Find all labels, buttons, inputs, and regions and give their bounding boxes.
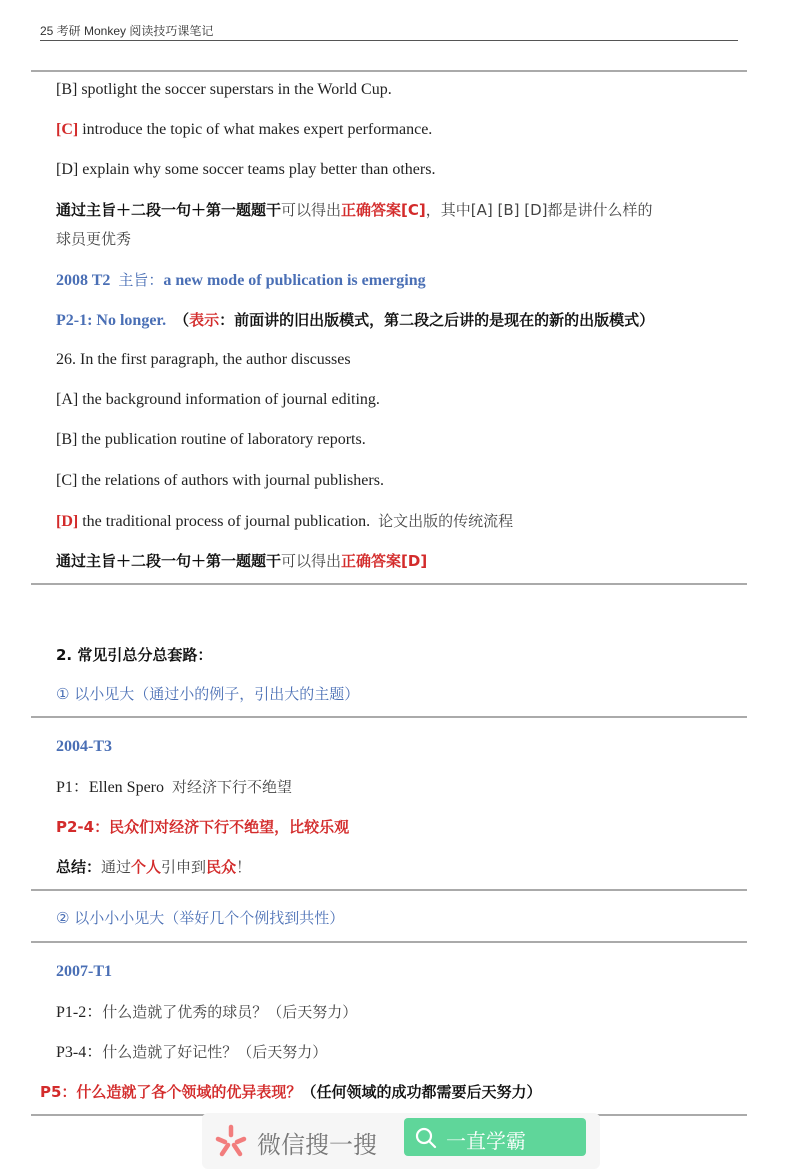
p1-line: P1：Ellen Spero 对经济下行不绝望 (56, 777, 292, 798)
divider (31, 70, 747, 72)
divider (31, 583, 747, 585)
search-account-button[interactable]: 一直学霸 (404, 1118, 586, 1156)
wechat-search-banner[interactable]: 微信搜一搜 一直学霸 (202, 1113, 600, 1169)
p1-2-line: P1-2：什么造就了优秀的球员？（后天努力） (56, 1002, 357, 1023)
wechat-search-label: 微信搜一搜 (257, 1125, 377, 1160)
header-title: 25 考研 Monkey 阅读技巧课笔记 (40, 22, 213, 39)
option-b: [B] spotlight the soccer superstars in t… (56, 80, 392, 100)
option-d: [D] explain why some soccer teams play b… (56, 160, 435, 180)
wechat-search-logo-icon (214, 1123, 248, 1157)
conclusion-line: 通过主旨＋二段一句＋第一题题干可以得出正确答案[D] (56, 551, 427, 571)
search-icon (414, 1126, 438, 1150)
subheading-2: ② 以小小小见大（举好几个个例找到共性） (56, 908, 344, 928)
p2-4-line: P2-4：民众们对经济下行不绝望，比较乐观 (56, 817, 349, 837)
search-account-label: 一直学霸 (446, 1125, 526, 1154)
question-26: 26. In the first paragraph, the author d… (56, 350, 351, 370)
page-header: 25 考研 Monkey 阅读技巧课笔记 (40, 20, 738, 41)
divider (31, 941, 747, 943)
summary-line: 总结：通过个人引申到民众！ (56, 857, 251, 877)
example-title-2004-t3: 2004-T3 (56, 737, 112, 757)
option-a: [A] the background information of journa… (56, 390, 380, 410)
option-c-correct: [C] introduce the topic of what makes ex… (56, 120, 432, 140)
p2-1-note: P2-1: No longer. （表示：前面讲的旧出版模式，第二段之后讲的是现… (56, 310, 654, 331)
p3-4-line: P3-4：什么造就了好记性？（后天努力） (56, 1042, 327, 1063)
example-title-2007-t1: 2007-T1 (56, 962, 112, 982)
section-title-2008-t2: 2008 T2 主旨：a new mode of publication is … (56, 270, 426, 291)
p5-line: P5：什么造就了各个领域的优异表现？（任何领域的成功都需要后天努力） (40, 1082, 541, 1102)
subheading-1: ① 以小见大（通过小的例子，引出大的主题） (56, 684, 359, 704)
answer-label: [C] (56, 121, 78, 138)
conclusion-line: 通过主旨＋二段一句＋第一题题干可以得出正确答案[C]，其中[A] [B] [D]… (56, 200, 653, 220)
divider (31, 889, 747, 891)
section-heading: 2. 常见引总分总套路： (56, 645, 212, 665)
conclusion-line-2: 球员更优秀 (56, 229, 131, 249)
option-c: [C] the relations of authors with journa… (56, 471, 384, 491)
option-d-correct: [D] the traditional process of journal p… (56, 511, 513, 532)
option-b: [B] the publication routine of laborator… (56, 430, 366, 450)
divider (31, 716, 747, 718)
